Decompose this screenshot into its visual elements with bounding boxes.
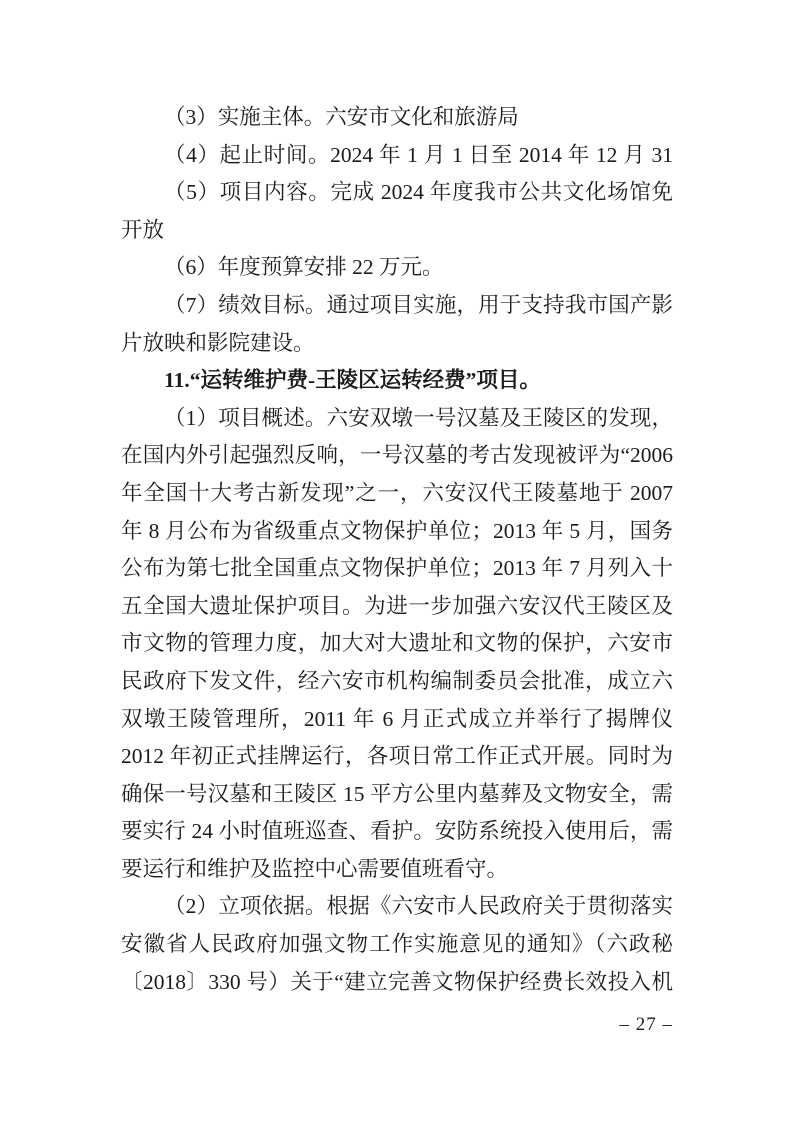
text-line: 〔2018〕330 号）关于“建立完善文物保护经费长效投入机 [121, 964, 673, 1002]
text-line: 安徽省人民政府加强文物工作实施意见的通知》（六政秘 [121, 926, 673, 964]
text-line: 2012 年初正式挂牌运行，各项日常工作正式开展。同时为了 [121, 738, 673, 776]
text-line: 开放 [121, 212, 673, 250]
text-line: 五全国大遗址保护项目。为进一步加强六安汉代王陵区及全 [121, 588, 673, 626]
text-line: （3）实施主体。六安市文化和旅游局 [121, 99, 673, 137]
text-line: 公布为第七批全国重点文物保护单位；2013 年 7 月列入十二 [121, 550, 673, 588]
text-line: 要运行和维护及监控中心需要值班看守。 [121, 851, 673, 889]
text-line: （2）立项依据。根据《六安市人民政府关于贯彻落实 [121, 888, 673, 926]
document-page: （3）实施主体。六安市文化和旅游局 （4）起止时间。2024 年 1 月 1 日… [0, 0, 793, 1122]
text-line: （6）年度预算安排 22 万元。 [121, 249, 673, 287]
text-line: 年 8 月公布为省级重点文物保护单位；2013 年 5 月，国务院 [121, 513, 673, 551]
page-number: – 27 – [620, 1014, 674, 1036]
document-body: （3）实施主体。六安市文化和旅游局 （4）起止时间。2024 年 1 月 1 日… [121, 99, 673, 1001]
text-line: 确保一号汉墓和王陵区 15 平方公里内墓葬及文物安全，需 [121, 776, 673, 814]
text-line: 在国内外引起强烈反响，一号汉墓的考古发现被评为“2006 [121, 437, 673, 475]
text-line: （4）起止时间。2024 年 1 月 1 日至 2014 年 12 月 31 日 [121, 137, 673, 175]
text-line: （7）绩效目标。通过项目实施，用于支持我市国产影 [121, 287, 673, 325]
text-line: 双墩王陵管理所，2011 年 6 月正式成立并举行了揭牌仪式， [121, 701, 673, 739]
text-line: （1）项目概述。六安双墩一号汉墓及王陵区的发现， [121, 400, 673, 438]
text-line: 要实行 24 小时值班巡查、看护。安防系统投入使用后，需 [121, 813, 673, 851]
text-line: （5）项目内容。完成 2024 年度我市公共文化场馆免费 [121, 174, 673, 212]
section-heading: 11.“运转维护费-王陵区运转经费”项目。 [121, 362, 673, 400]
text-line: 民政府下发文件，经六安市机构编制委员会批准，成立六安 [121, 663, 673, 701]
text-line: 片放映和影院建设。 [121, 325, 673, 363]
text-line: 市文物的管理力度，加大对大遗址和文物的保护，六安市人 [121, 625, 673, 663]
text-line: 年全国十大考古新发现”之一，六安汉代王陵墓地于 2007 [121, 475, 673, 513]
